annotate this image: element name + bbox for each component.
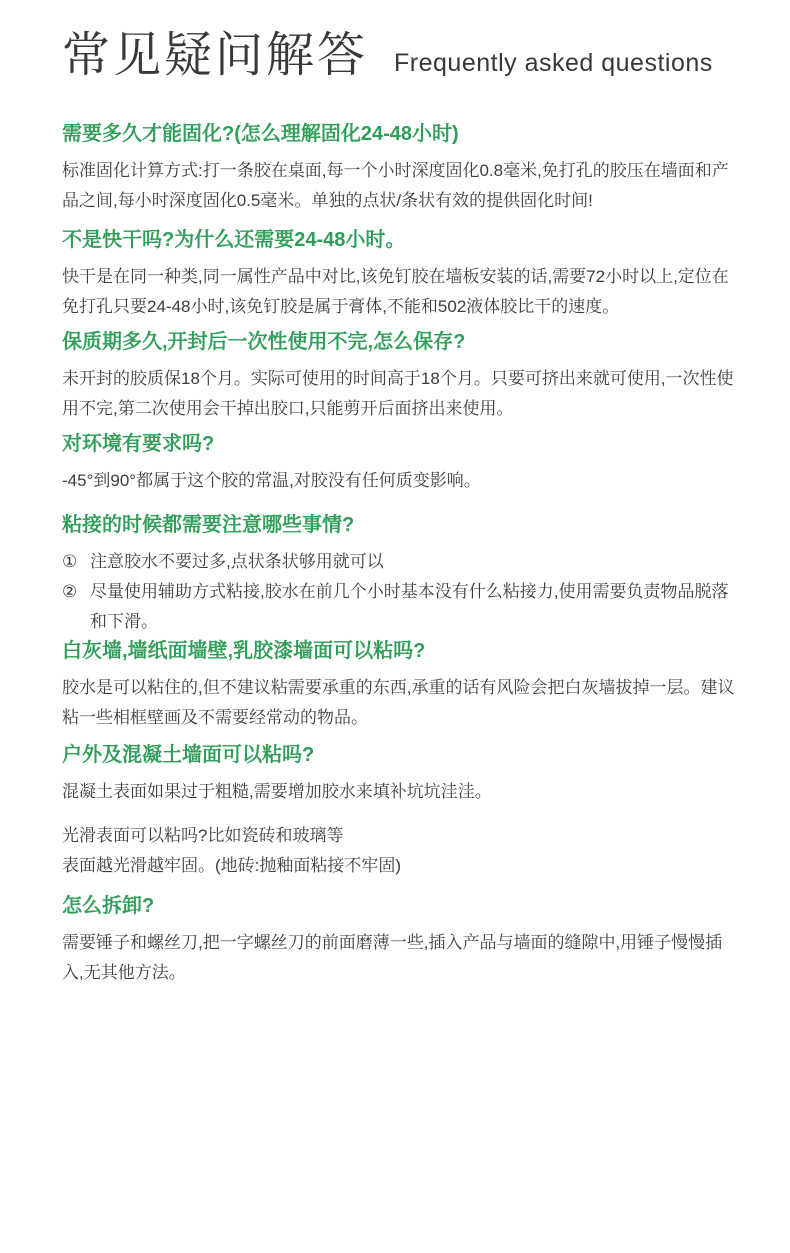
faq-answer: 胶水是可以粘住的,但不建议粘需要承重的东西,承重的话有风险会把白灰墙拔掉一层。建… — [62, 673, 742, 733]
faq-section-removal: 怎么拆卸? 需要锤子和螺丝刀,把一字螺丝刀的前面磨薄一些,插入产品与墙面的缝隙中… — [62, 892, 742, 988]
page-title: 常见疑问解答 — [62, 26, 368, 86]
faq-answer: 未开封的胶质保18个月。实际可使用的时间高于18个月。只要可挤出来就可使用,一次… — [62, 364, 742, 424]
faq-question: 户外及混凝土墙面可以粘吗? — [62, 741, 742, 769]
faq-answer: -45°到90°都属于这个胶的常温,对胶没有任何质变影响。 — [62, 466, 742, 496]
faq-section-concrete: 户外及混凝土墙面可以粘吗? 混凝土表面如果过于粗糙,需要增加胶水来填补坑坑洼洼。 — [62, 741, 742, 807]
page-header: 常见疑问解答 Frequently asked questions — [62, 26, 742, 86]
faq-section-quick-dry: 不是快干吗?为什么还需要24-48小时。 快干是在同一种类,同一属性产品中对比,… — [62, 226, 742, 322]
faq-section-painted-walls: 白灰墙,墙纸面墙壁,乳胶漆墙面可以粘吗? 胶水是可以粘住的,但不建议粘需要承重的… — [62, 637, 742, 733]
page-subtitle: Frequently asked questions — [394, 49, 713, 78]
faq-question: 需要多久才能固化?(怎么理解固化24-48小时) — [62, 120, 742, 148]
faq-question: 白灰墙,墙纸面墙壁,乳胶漆墙面可以粘吗? — [62, 637, 742, 665]
faq-plain-line: 表面越光滑越牢固。(地砖:抛釉面粘接不牢固) — [62, 851, 742, 881]
faq-plain-line: 光滑表面可以粘吗?比如瓷砖和玻璃等 — [62, 821, 742, 851]
list-item: ① 注意胶水不要过多,点状条状够用就可以 — [62, 547, 742, 577]
list-item-text: 尽量使用辅助方式粘接,胶水在前几个小时基本没有什么粘接力,使用需要负责物品脱落和… — [90, 577, 742, 637]
list-item-marker: ① — [62, 547, 90, 577]
faq-answer: 需要锤子和螺丝刀,把一字螺丝刀的前面磨薄一些,插入产品与墙面的缝隙中,用锤子慢慢… — [62, 928, 742, 988]
faq-list: 需要多久才能固化?(怎么理解固化24-48小时) 标准固化计算方式:打一条胶在桌… — [62, 120, 742, 988]
faq-question: 粘接的时候都需要注意哪些事情? — [62, 511, 742, 539]
faq-question: 怎么拆卸? — [62, 892, 742, 920]
faq-section-bonding-notes: 粘接的时候都需要注意哪些事情? ① 注意胶水不要过多,点状条状够用就可以 ② 尽… — [62, 511, 742, 637]
faq-question: 不是快干吗?为什么还需要24-48小时。 — [62, 226, 742, 254]
faq-question: 保质期多久,开封后一次性使用不完,怎么保存? — [62, 328, 742, 356]
faq-question: 对环境有要求吗? — [62, 430, 742, 458]
faq-page: 常见疑问解答 Frequently asked questions 需要多久才能… — [0, 0, 790, 1253]
faq-answer: 标准固化计算方式:打一条胶在桌面,每一个小时深度固化0.8毫米,免打孔的胶压在墙… — [62, 156, 742, 216]
faq-section-shelf-life: 保质期多久,开封后一次性使用不完,怎么保存? 未开封的胶质保18个月。实际可使用… — [62, 328, 742, 424]
faq-section-curing-time: 需要多久才能固化?(怎么理解固化24-48小时) 标准固化计算方式:打一条胶在桌… — [62, 120, 742, 216]
faq-answer: 快干是在同一种类,同一属性产品中对比,该免钉胶在墙板安装的话,需要72小时以上,… — [62, 262, 742, 322]
faq-section-environment: 对环境有要求吗? -45°到90°都属于这个胶的常温,对胶没有任何质变影响。 — [62, 430, 742, 496]
faq-section-smooth-surfaces: 光滑表面可以粘吗?比如瓷砖和玻璃等 表面越光滑越牢固。(地砖:抛釉面粘接不牢固) — [62, 821, 742, 881]
list-item-marker: ② — [62, 577, 90, 637]
faq-answer: 混凝土表面如果过于粗糙,需要增加胶水来填补坑坑洼洼。 — [62, 777, 742, 807]
list-item: ② 尽量使用辅助方式粘接,胶水在前几个小时基本没有什么粘接力,使用需要负责物品脱… — [62, 577, 742, 637]
list-item-text: 注意胶水不要过多,点状条状够用就可以 — [90, 547, 742, 577]
